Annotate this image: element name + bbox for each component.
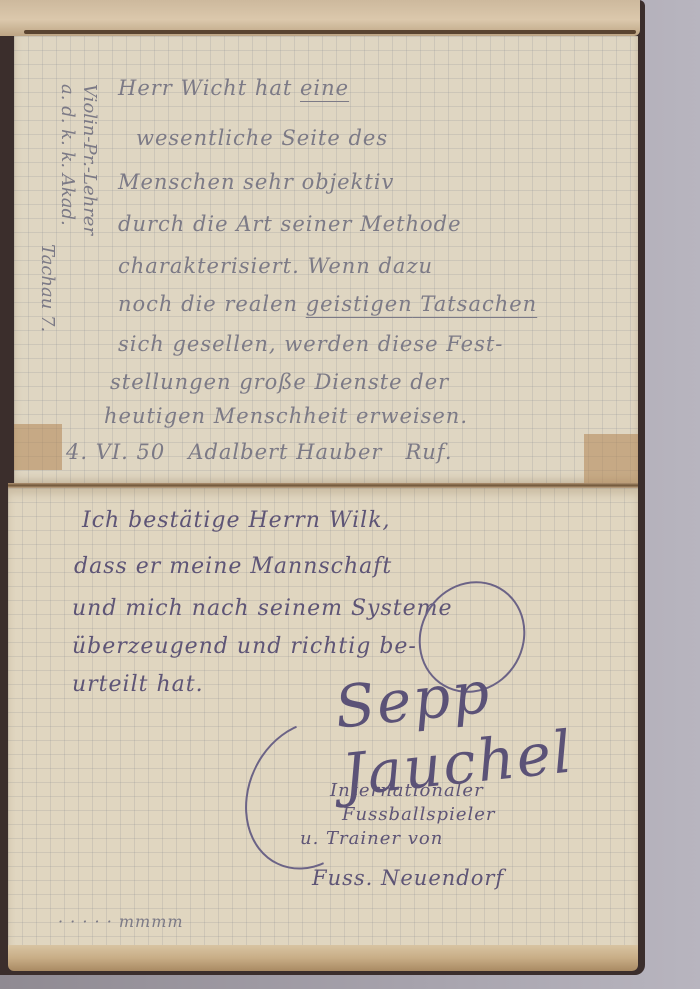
text-line: urteilt hat. bbox=[72, 672, 204, 697]
partial-text-line: · · · · · mmmm bbox=[58, 912, 184, 931]
signature-line: 4. VI. 50 Adalbert Hauber Ruf. bbox=[66, 440, 453, 464]
upper-page: Violin-Pr.-Lehrer a. d. k. k. Akad. Tach… bbox=[14, 36, 638, 486]
notebook-top-edge bbox=[0, 0, 640, 36]
text-line: und mich nach seinem Systeme bbox=[72, 596, 452, 621]
lower-page: Ich bestätige Herrn Wilk, dass er meine … bbox=[8, 488, 638, 948]
text-line: Menschen sehr objektiv bbox=[118, 170, 394, 194]
text-line: durch die Art seiner Methode bbox=[118, 212, 462, 236]
text-line: Ich bestätige Herrn Wilk, bbox=[82, 508, 391, 533]
text-line: stellungen große Dienste der bbox=[110, 370, 449, 394]
text-line: wesentliche Seite des bbox=[136, 126, 388, 150]
title-line: Internationaler bbox=[330, 780, 484, 801]
date: 4. VI. 50 bbox=[66, 440, 165, 464]
title-line: u. Trainer von bbox=[300, 828, 443, 849]
tape-right bbox=[584, 434, 638, 484]
text-line: charakterisiert. Wenn dazu bbox=[118, 254, 433, 278]
text-line: heutigen Menschheit erweisen. bbox=[104, 404, 468, 428]
underlined-word: geistigen bbox=[306, 292, 413, 316]
signer-suffix: Ruf. bbox=[405, 440, 452, 464]
margin-note-line: a. d. k. k. Akad. bbox=[57, 84, 78, 226]
signer-name: Adalbert Hauber bbox=[188, 440, 382, 464]
text-line: überzeugend und richtig be- bbox=[72, 634, 417, 659]
text-line: dass er meine Mannschaft bbox=[74, 554, 392, 579]
text-line: noch die realen geistigen Tatsachen bbox=[118, 292, 537, 316]
margin-note-line: Tachau 7. bbox=[37, 244, 58, 332]
margin-note-line: Violin-Pr.-Lehrer bbox=[79, 84, 100, 235]
text-line: sich gesellen, werden diese Fest- bbox=[118, 332, 503, 356]
underlined-word: eine bbox=[300, 76, 349, 100]
text-line: Herr Wicht hat eine bbox=[118, 76, 349, 100]
title-line: Fuss. Neuendorf bbox=[312, 866, 504, 890]
notebook-bottom-edge bbox=[8, 945, 638, 971]
title-line: Fussballspieler bbox=[342, 804, 496, 825]
